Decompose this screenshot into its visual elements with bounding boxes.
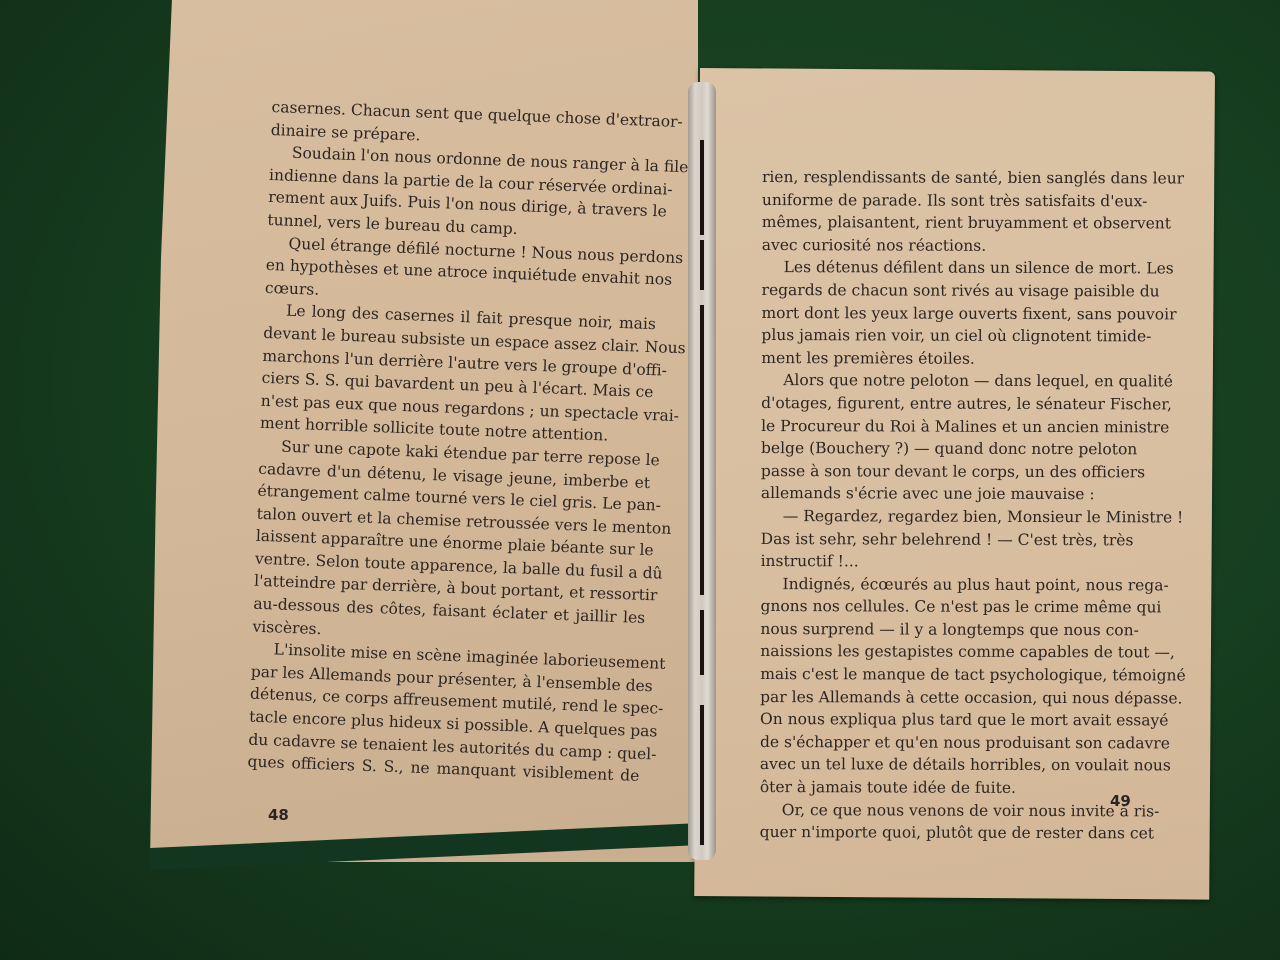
text-line: ment les premières étoiles. (761, 347, 1127, 371)
text-line: quer n'importe quoi, plutôt que de reste… (760, 821, 1126, 845)
text-line: instructif !... (761, 550, 1127, 574)
text-line: uniforme de parade. Ils sont très satisf… (762, 189, 1128, 213)
text-line: avec curiosité nos réactions. (762, 234, 1128, 258)
text-line: ôter à jamais toute idée de fuite. (760, 776, 1126, 800)
page-number-left: 48 (268, 806, 289, 824)
spine-gap (700, 705, 704, 845)
text-line: par les Allemands à cette occasion, qui … (760, 686, 1126, 710)
left-page-text: casernes. Chacun sent que quelque chose … (247, 96, 664, 788)
text-line: rien, resplendissants de santé, bien san… (762, 166, 1128, 190)
text-line: Das ist sehr, sehr belehrend ! — C'est t… (761, 527, 1127, 551)
text-line: mais c'est le manque de tact psychologiq… (760, 663, 1126, 687)
text-line: — Regardez, regardez bien, Monsieur le M… (761, 505, 1127, 529)
text-line: mort dont les yeux large ouverts fixent,… (761, 302, 1127, 326)
right-page-text: rien, resplendissants de santé, bien san… (760, 166, 1128, 845)
text-line: Les détenus défilent dans un silence de … (762, 256, 1128, 280)
spine-gap (700, 305, 704, 595)
spine-gap (700, 610, 704, 675)
text-line: Alors que notre peloton — dans lequel, e… (761, 369, 1127, 393)
text-line: naissions les gestapistes comme capables… (760, 640, 1126, 664)
text-line: allemands s'écrie avec une joie mauvaise… (761, 482, 1127, 506)
text-line: d'otages, figurent, entre autres, le sén… (761, 392, 1127, 416)
text-line: nous surprend — il y a longtemps que nou… (760, 618, 1126, 642)
text-line: On nous expliqua plus tard que le mort a… (760, 708, 1126, 732)
text-line: de s'échapper et qu'en nous produisant s… (760, 731, 1126, 755)
text-line: plus jamais rien voir, un ciel où cligno… (761, 324, 1127, 348)
text-line: le Procureur du Roi à Malines et un anci… (761, 415, 1127, 439)
page-number-right: 49 (1110, 792, 1131, 810)
text-line: Or, ce que nous venons de voir nous invi… (760, 799, 1126, 823)
text-line: Indignés, écœurés au plus haut point, no… (761, 573, 1127, 597)
text-line: avec un tel luxe de détails horribles, o… (760, 753, 1126, 777)
text-line: regards de chacun sont rivés au visage p… (762, 279, 1128, 303)
text-line: belge (Bouchery ?) — quand donc notre pe… (761, 437, 1127, 461)
text-line: passe à son tour devant le corps, un des… (761, 460, 1127, 484)
text-line: mêmes, plaisantent, rient bruyamment et … (762, 211, 1128, 235)
text-line: gnons nos cellules. Ce n'est pas le crim… (760, 595, 1126, 619)
spine-gap (700, 140, 704, 235)
spine-gap (700, 240, 704, 290)
